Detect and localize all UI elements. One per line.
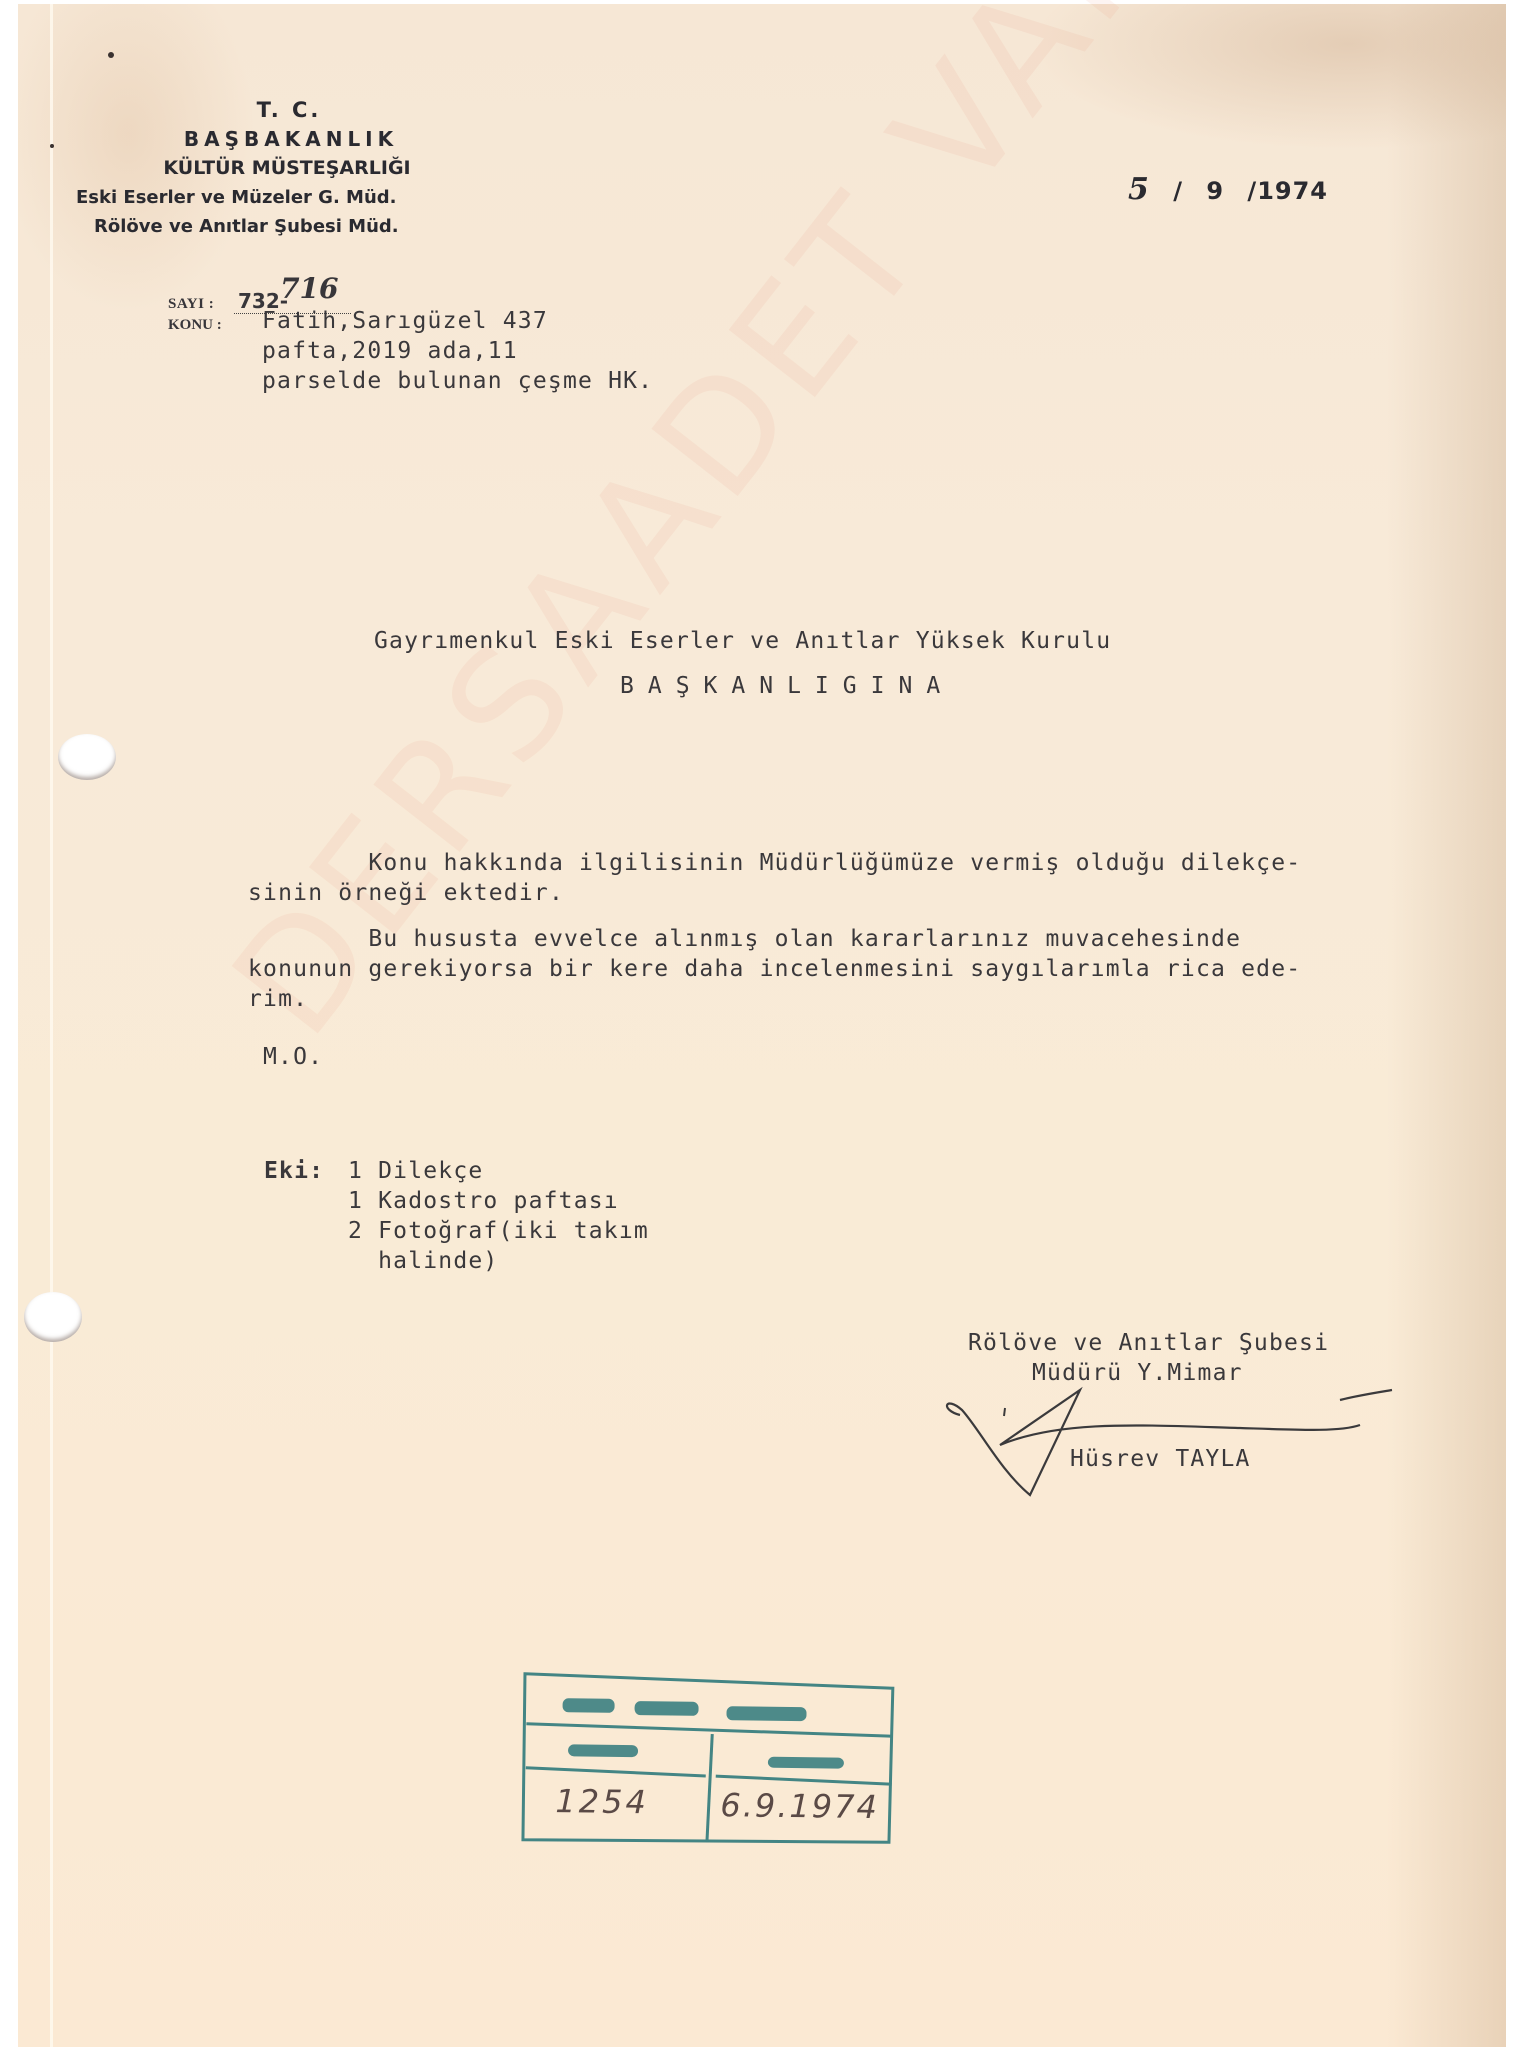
attachment-item: halinde) bbox=[348, 1248, 498, 1274]
date-day: 5 bbox=[1128, 172, 1150, 207]
sayi-handwritten: 716 bbox=[280, 272, 338, 305]
handwritten-signature bbox=[940, 1370, 1410, 1510]
body-line: rim. bbox=[248, 986, 308, 1012]
body-line: sinin örneği ektedir. bbox=[248, 880, 564, 906]
ink-speck bbox=[108, 52, 114, 58]
date-separator: / bbox=[1173, 177, 1183, 205]
subject-block: KONU : Fatih,Sarıgüzel 437 pafta,2019 ad… bbox=[168, 316, 222, 334]
signatory-title: Rölöve ve Anıtlar Şubesi bbox=[968, 1330, 1329, 1356]
letterhead-branch: Rölöve ve Anıtlar Şubesi Müd. bbox=[76, 212, 476, 241]
receipt-stamp: 1254 6.9.1974 bbox=[515, 1662, 901, 1849]
recipient-line: Gayrımenkul Eski Eserler ve Anıtlar Yüks… bbox=[374, 628, 1111, 654]
stamp-date: 6.9.1974 bbox=[720, 1786, 879, 1826]
sayi-label: SAYI : bbox=[168, 296, 230, 313]
stamp-number: 1254 bbox=[555, 1782, 649, 1821]
body-line: konunun gerekiyorsa bir kere daha incele… bbox=[248, 956, 1301, 982]
konu-line: Fatih,Sarıgüzel 437 bbox=[262, 308, 548, 334]
closing-abbreviation: M.O. bbox=[263, 1044, 323, 1070]
date-month: 9 bbox=[1206, 177, 1224, 205]
letterhead-directorate: Eski Eserler ve Müzeler G. Müd. bbox=[76, 183, 476, 212]
attachment-item: 1 Dilekçe bbox=[348, 1158, 483, 1184]
punch-hole-bottom bbox=[24, 1292, 82, 1342]
konu-label: KONU : bbox=[168, 317, 222, 333]
punch-hole-top bbox=[58, 734, 116, 780]
letterhead-tc: T. C. bbox=[76, 96, 476, 125]
letter-date: 5 / 9 /1974 bbox=[1128, 172, 1328, 207]
attachment-item: 1 Kadostro paftası bbox=[348, 1188, 619, 1214]
recipient-title: BAŞKANLIGINA bbox=[620, 673, 954, 699]
konu-line: parselde bulunan çeşme HK. bbox=[262, 368, 653, 394]
body-line: Konu hakkında ilgilisinin Müdürlüğümüze … bbox=[248, 850, 1301, 876]
date-year: 1974 bbox=[1257, 177, 1328, 205]
ink-speck bbox=[50, 144, 54, 148]
konu-line: pafta,2019 ada,11 bbox=[262, 338, 518, 364]
body-line: Bu hususta evvelce alınmış olan kararlar… bbox=[248, 926, 1241, 952]
letterhead: T. C. BAŞBAKANLIK KÜLTÜR MÜSTEŞARLIĞI Es… bbox=[76, 96, 476, 241]
letterhead-ministry: BAŞBAKANLIK bbox=[76, 125, 476, 154]
attachment-item: 2 Fotoğraf(iki takım bbox=[348, 1218, 649, 1244]
attachments-label: Eki: bbox=[264, 1158, 324, 1184]
letterhead-undersecretariat: KÜLTÜR MÜSTEŞARLIĞI bbox=[76, 154, 476, 183]
date-separator: / bbox=[1247, 177, 1257, 205]
